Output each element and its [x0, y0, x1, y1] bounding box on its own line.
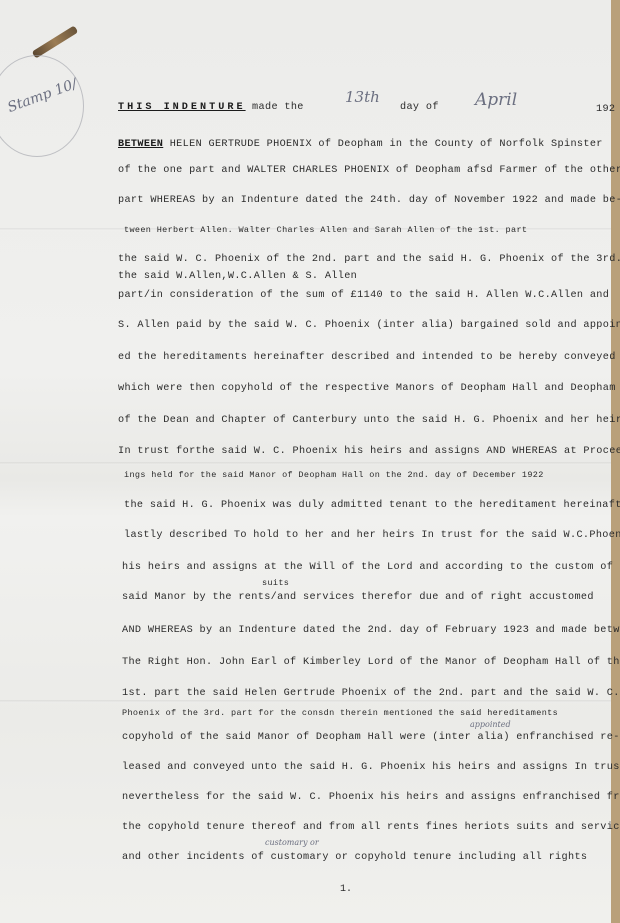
text-line: nevertheless for the said W. C. Phoenix … [122, 792, 620, 803]
text-line: The Right Hon. John Earl of Kimberley Lo… [122, 657, 620, 668]
text-line: ed the hereditaments hereinafter describ… [118, 352, 616, 363]
year-fragment: 192 [596, 104, 615, 115]
text-line: part/in consideration of the sum of £114… [118, 290, 609, 301]
heading-line: THIS INDENTURE made the [118, 102, 304, 113]
text-line: of the Dean and Chapter of Canterbury un… [118, 415, 620, 426]
text-line: Phoenix of the 3rd. part for the consdn … [122, 708, 558, 718]
text-line: lastly described To hold to her and her … [124, 530, 620, 541]
day-of-label: day of [400, 102, 439, 113]
text-line: part WHEREAS by an Indenture dated the 2… [118, 195, 620, 206]
text-line: the said W.Allen,W.C.Allen & S. Allen [118, 271, 357, 282]
text-line: said Manor by the rents/and services the… [122, 592, 594, 603]
paper-clip-icon [32, 25, 79, 58]
text-line: the said W. C. Phoenix of the 2nd. part … [118, 254, 620, 265]
text-line: BETWEEN HELEN GERTRUDE PHOENIX of Deopha… [118, 139, 603, 150]
handwritten-insert: appointed [470, 720, 511, 729]
text-line: which were then copyhold of the respecti… [118, 383, 616, 394]
date-month: April [475, 90, 517, 110]
page-number: 1. [340, 884, 352, 895]
text-line: ings held for the said Manor of Deopham … [124, 470, 544, 480]
date-day: 13th [345, 88, 380, 106]
text-line: S. Allen paid by the said W. C. Phoenix … [118, 320, 620, 331]
text-line: 1st. part the said Helen Gertrude Phoeni… [122, 688, 620, 699]
text-line: of the one part and WALTER CHARLES PHOEN… [118, 165, 620, 176]
text-line: and other incidents of customary or copy… [122, 852, 587, 863]
text-line: copyhold of the said Manor of Deopham Ha… [122, 732, 620, 743]
handwritten-insert: customary or [265, 838, 319, 847]
paper-fold [0, 462, 611, 465]
text-line: the copyhold tenure thereof and from all… [122, 822, 620, 833]
paper-fold [0, 700, 611, 703]
text-insert: suits [262, 578, 289, 588]
document-page: Stamp 10/ THIS INDENTURE made the 13th d… [0, 0, 611, 923]
text-line: tween Herbert Allen. Walter Charles Alle… [124, 225, 527, 235]
text-line: his heirs and assigns at the Will of the… [122, 562, 620, 573]
text-line: AND WHEREAS by an Indenture dated the 2n… [122, 625, 620, 636]
text-line: In trust forthe said W. C. Phoenix his h… [118, 446, 620, 457]
text-line: leased and conveyed unto the said H. G. … [122, 762, 620, 773]
text-line: the said H. G. Phoenix was duly admitted… [124, 500, 620, 511]
